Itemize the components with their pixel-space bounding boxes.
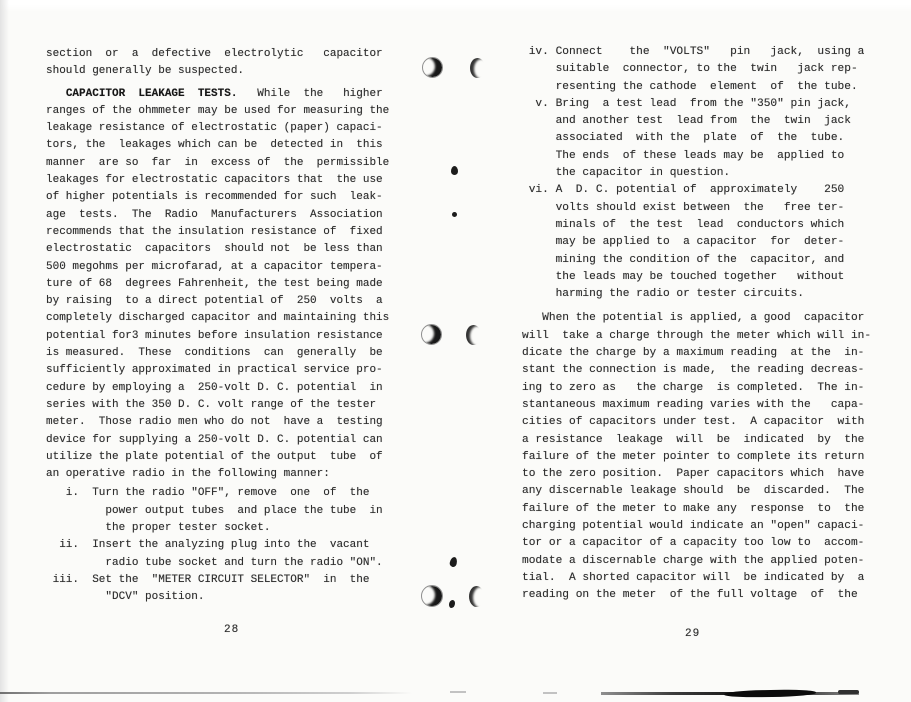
text-line: the capacitor in question.: [522, 165, 884, 182]
text-line: iii. Set the "METER CIRCUIT SELECTOR" in…: [46, 572, 398, 589]
text-line: minals of the test lead conductors which: [522, 217, 884, 234]
document-scan: section or a defective electrolytic capa…: [0, 0, 911, 702]
scan-bar-artifact: [450, 691, 466, 693]
text-line: any discernable leakage should be discar…: [522, 483, 884, 500]
text-line: stantaneous maximum reading varies with …: [522, 397, 884, 414]
text-line: may be applied to a capacitor for deter-: [522, 234, 884, 251]
text-line: reading on the meter of the full voltage…: [522, 587, 884, 604]
text-line: cities of capacitors under test. A capac…: [522, 414, 884, 431]
text-line: will take a charge through the meter whi…: [522, 328, 884, 345]
binding-hole-crescent-icon: [466, 325, 481, 345]
text-line: v. Bring a test lead from the "350" pin …: [522, 96, 884, 113]
text-line: of higher potentials is recommended for …: [46, 189, 398, 206]
section-heading: CAPACITOR LEAKAGE TESTS.: [66, 88, 238, 100]
text-line: tor or a capacitor of a capacity too low…: [522, 535, 884, 552]
text-line: the proper tester socket.: [46, 520, 398, 537]
heading-tail-text: While the higher: [237, 88, 382, 100]
paragraph-lines: ranges of the ohmmeter may be used for m…: [46, 103, 398, 484]
text-line: tors, the leakages which can be detected…: [46, 137, 398, 154]
binding-hole-crescent-icon: [469, 586, 484, 607]
section-heading-line: CAPACITOR LEAKAGE TESTS. While the highe…: [46, 86, 398, 103]
ink-speck-icon: [449, 556, 458, 567]
text-line: resenting the cathode element of the tub…: [522, 79, 884, 96]
heading-indent: [46, 88, 66, 100]
text-line: ture of 68 degrees Fahrenheit, the test …: [46, 276, 398, 293]
scan-bar-artifact: [543, 692, 557, 694]
page-number-right: 29: [685, 626, 700, 643]
text-line: an operative radio in the following mann…: [46, 466, 398, 483]
text-line: mining the condition of the capacitor, a…: [522, 252, 884, 269]
text-line: section or a defective electrolytic capa…: [46, 46, 398, 63]
text-line: series with the 350 D. C. volt range of …: [46, 397, 398, 414]
text-line: electrostatic capacitors should not be l…: [46, 241, 398, 258]
text-line: failure of the meter pointer to complete…: [522, 449, 884, 466]
binding-hole-moon-icon: [422, 57, 443, 78]
text-line: 500 megohms per microfarad, at a capacit…: [46, 259, 398, 276]
text-line: potential for3 minutes before insulation…: [46, 328, 398, 345]
text-line: to the zero position. Paper capacitors w…: [522, 466, 884, 483]
text-line: sufficiently approximated in practical s…: [46, 362, 398, 379]
ink-speck-icon: [451, 166, 458, 175]
text-line: ing to zero as the charge is completed. …: [522, 380, 884, 397]
text-line: ranges of the ohmmeter may be used for m…: [46, 103, 398, 120]
text-line: "DCV" position.: [46, 589, 398, 606]
page-right: iv. Connect the "VOLTS" pin jack, using …: [522, 44, 884, 605]
text-line: and another test lead from the twin jack: [522, 113, 884, 130]
text-line: stant the connection is made, the readin…: [522, 362, 884, 379]
page-number-left: 28: [224, 622, 239, 639]
text-line: radio tube socket and turn the radio "ON…: [46, 555, 398, 572]
text-line: a resistance leakage will be indicated b…: [522, 432, 884, 449]
text-line: associated with the plate of the tube.: [522, 130, 884, 147]
binding-hole-moon-icon: [421, 324, 442, 345]
text-line: utilize the plate potential of the outpu…: [46, 449, 398, 466]
text-line: by raising to a direct potential of 250 …: [46, 293, 398, 310]
text-line: meter. Those radio men who do not have a…: [46, 414, 398, 431]
text-line: suitable connector, to the twin jack rep…: [522, 61, 884, 78]
text-line: volts should exist between the free ter-: [522, 200, 884, 217]
text-line: cedure by employing a 250-volt D. C. pot…: [46, 380, 398, 397]
text-line: failure of the meter to make any respons…: [522, 501, 884, 518]
binding-hole-crescent-icon: [470, 58, 485, 78]
text-line: i. Turn the radio "OFF", remove one of t…: [46, 485, 398, 502]
ink-speck-icon: [452, 212, 457, 217]
scan-bar-artifact: [724, 689, 816, 697]
paragraph-defective-capacitor: section or a defective electrolytic capa…: [46, 46, 398, 81]
numbered-list-steps-iv-vi: iv. Connect the "VOLTS" pin jack, using …: [522, 44, 884, 303]
text-line: leakages for electrostatic capacitors th…: [46, 172, 398, 189]
text-line: manner are so far in excess of the permi…: [46, 155, 398, 172]
text-line: leakage resistance of electrostatic (pap…: [46, 120, 398, 137]
text-line: recommends that the insulation resistanc…: [46, 224, 398, 241]
text-line: vi. A D. C. potential of approximately 2…: [522, 182, 884, 199]
text-line: modate a discernable charge with the app…: [522, 553, 884, 570]
scan-edge-left: [0, 0, 9, 702]
text-line: device for supplying a 250-volt D. C. po…: [46, 432, 398, 449]
text-line: is measured. These conditions can genera…: [46, 345, 398, 362]
text-line: harming the radio or tester circuits.: [522, 286, 884, 303]
text-line: age tests. The Radio Manufacturers Assoc…: [46, 207, 398, 224]
text-line: should generally be suspected.: [46, 63, 398, 80]
text-line: completely discharged capacitor and main…: [46, 310, 398, 327]
numbered-list-steps-i-iii: i. Turn the radio "OFF", remove one of t…: [46, 485, 398, 606]
paragraph-capacitor-leakage-tests: CAPACITOR LEAKAGE TESTS. While the highe…: [46, 86, 398, 484]
page-left: section or a defective electrolytic capa…: [46, 46, 398, 607]
binding-hole-moon-icon: [421, 585, 443, 607]
text-line: When the potential is applied, a good ca…: [522, 310, 884, 327]
text-line: the leads may be touched together withou…: [522, 269, 884, 286]
paragraph-when-potential-applied: When the potential is applied, a good ca…: [522, 310, 884, 604]
text-line: power output tubes and place the tube in: [46, 503, 398, 520]
ink-speck-icon: [449, 600, 455, 608]
scan-edge-top: [0, 0, 911, 12]
text-line: The ends of these leads may be applied t…: [522, 148, 884, 165]
text-line: ii. Insert the analyzing plug into the v…: [46, 537, 398, 554]
text-line: charging potential would indicate an "op…: [522, 518, 884, 535]
text-line: tial. A shorted capacitor will be indica…: [522, 570, 884, 587]
scan-bar-artifact: [0, 692, 412, 694]
scan-bar-artifact: [838, 690, 859, 694]
text-line: dicate the charge by a maximum reading a…: [522, 345, 884, 362]
text-line: iv. Connect the "VOLTS" pin jack, using …: [522, 44, 884, 61]
